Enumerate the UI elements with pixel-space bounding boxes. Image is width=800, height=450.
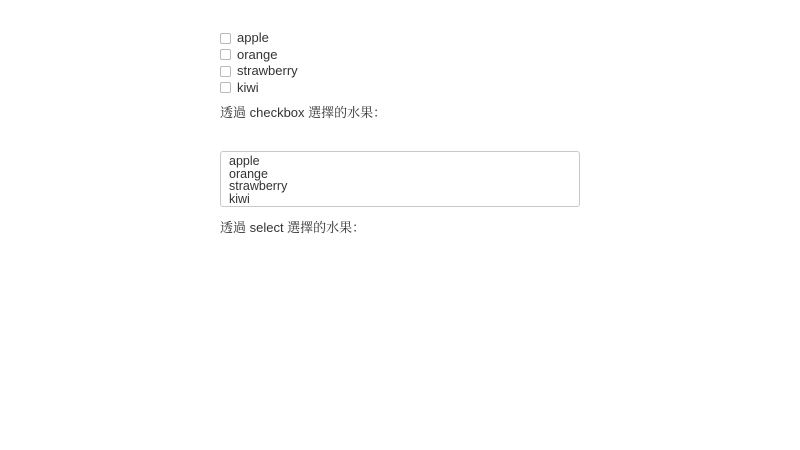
fruit-option[interactable]: apple [221, 155, 579, 168]
checkbox-selection-caption: 透過 checkbox 選擇的水果： [220, 105, 580, 120]
fruit-checkbox[interactable] [220, 49, 231, 60]
content-column: apple orange strawberry kiwi 透過 checkbox… [220, 0, 580, 235]
fruit-checkbox-row[interactable]: apple [220, 30, 580, 47]
fruit-checkbox-group: apple orange strawberry kiwi [220, 30, 580, 96]
fruit-checkbox[interactable] [220, 66, 231, 77]
fruit-option[interactable]: kiwi [221, 193, 579, 206]
fruit-checkbox[interactable] [220, 33, 231, 44]
fruit-option[interactable]: strawberry [221, 180, 579, 193]
fruit-checkbox-label: strawberry [237, 63, 298, 80]
fruit-select[interactable]: apple orange strawberry kiwi [220, 151, 580, 207]
fruit-checkbox-row[interactable]: orange [220, 47, 580, 64]
select-selection-caption: 透過 select 選擇的水果： [220, 220, 580, 235]
fruit-checkbox-label: kiwi [237, 80, 259, 97]
fruit-checkbox[interactable] [220, 82, 231, 93]
fruit-checkbox-row[interactable]: kiwi [220, 80, 580, 97]
fruit-checkbox-row[interactable]: strawberry [220, 63, 580, 80]
fruit-checkbox-label: orange [237, 47, 277, 64]
fruit-checkbox-label: apple [237, 30, 269, 47]
